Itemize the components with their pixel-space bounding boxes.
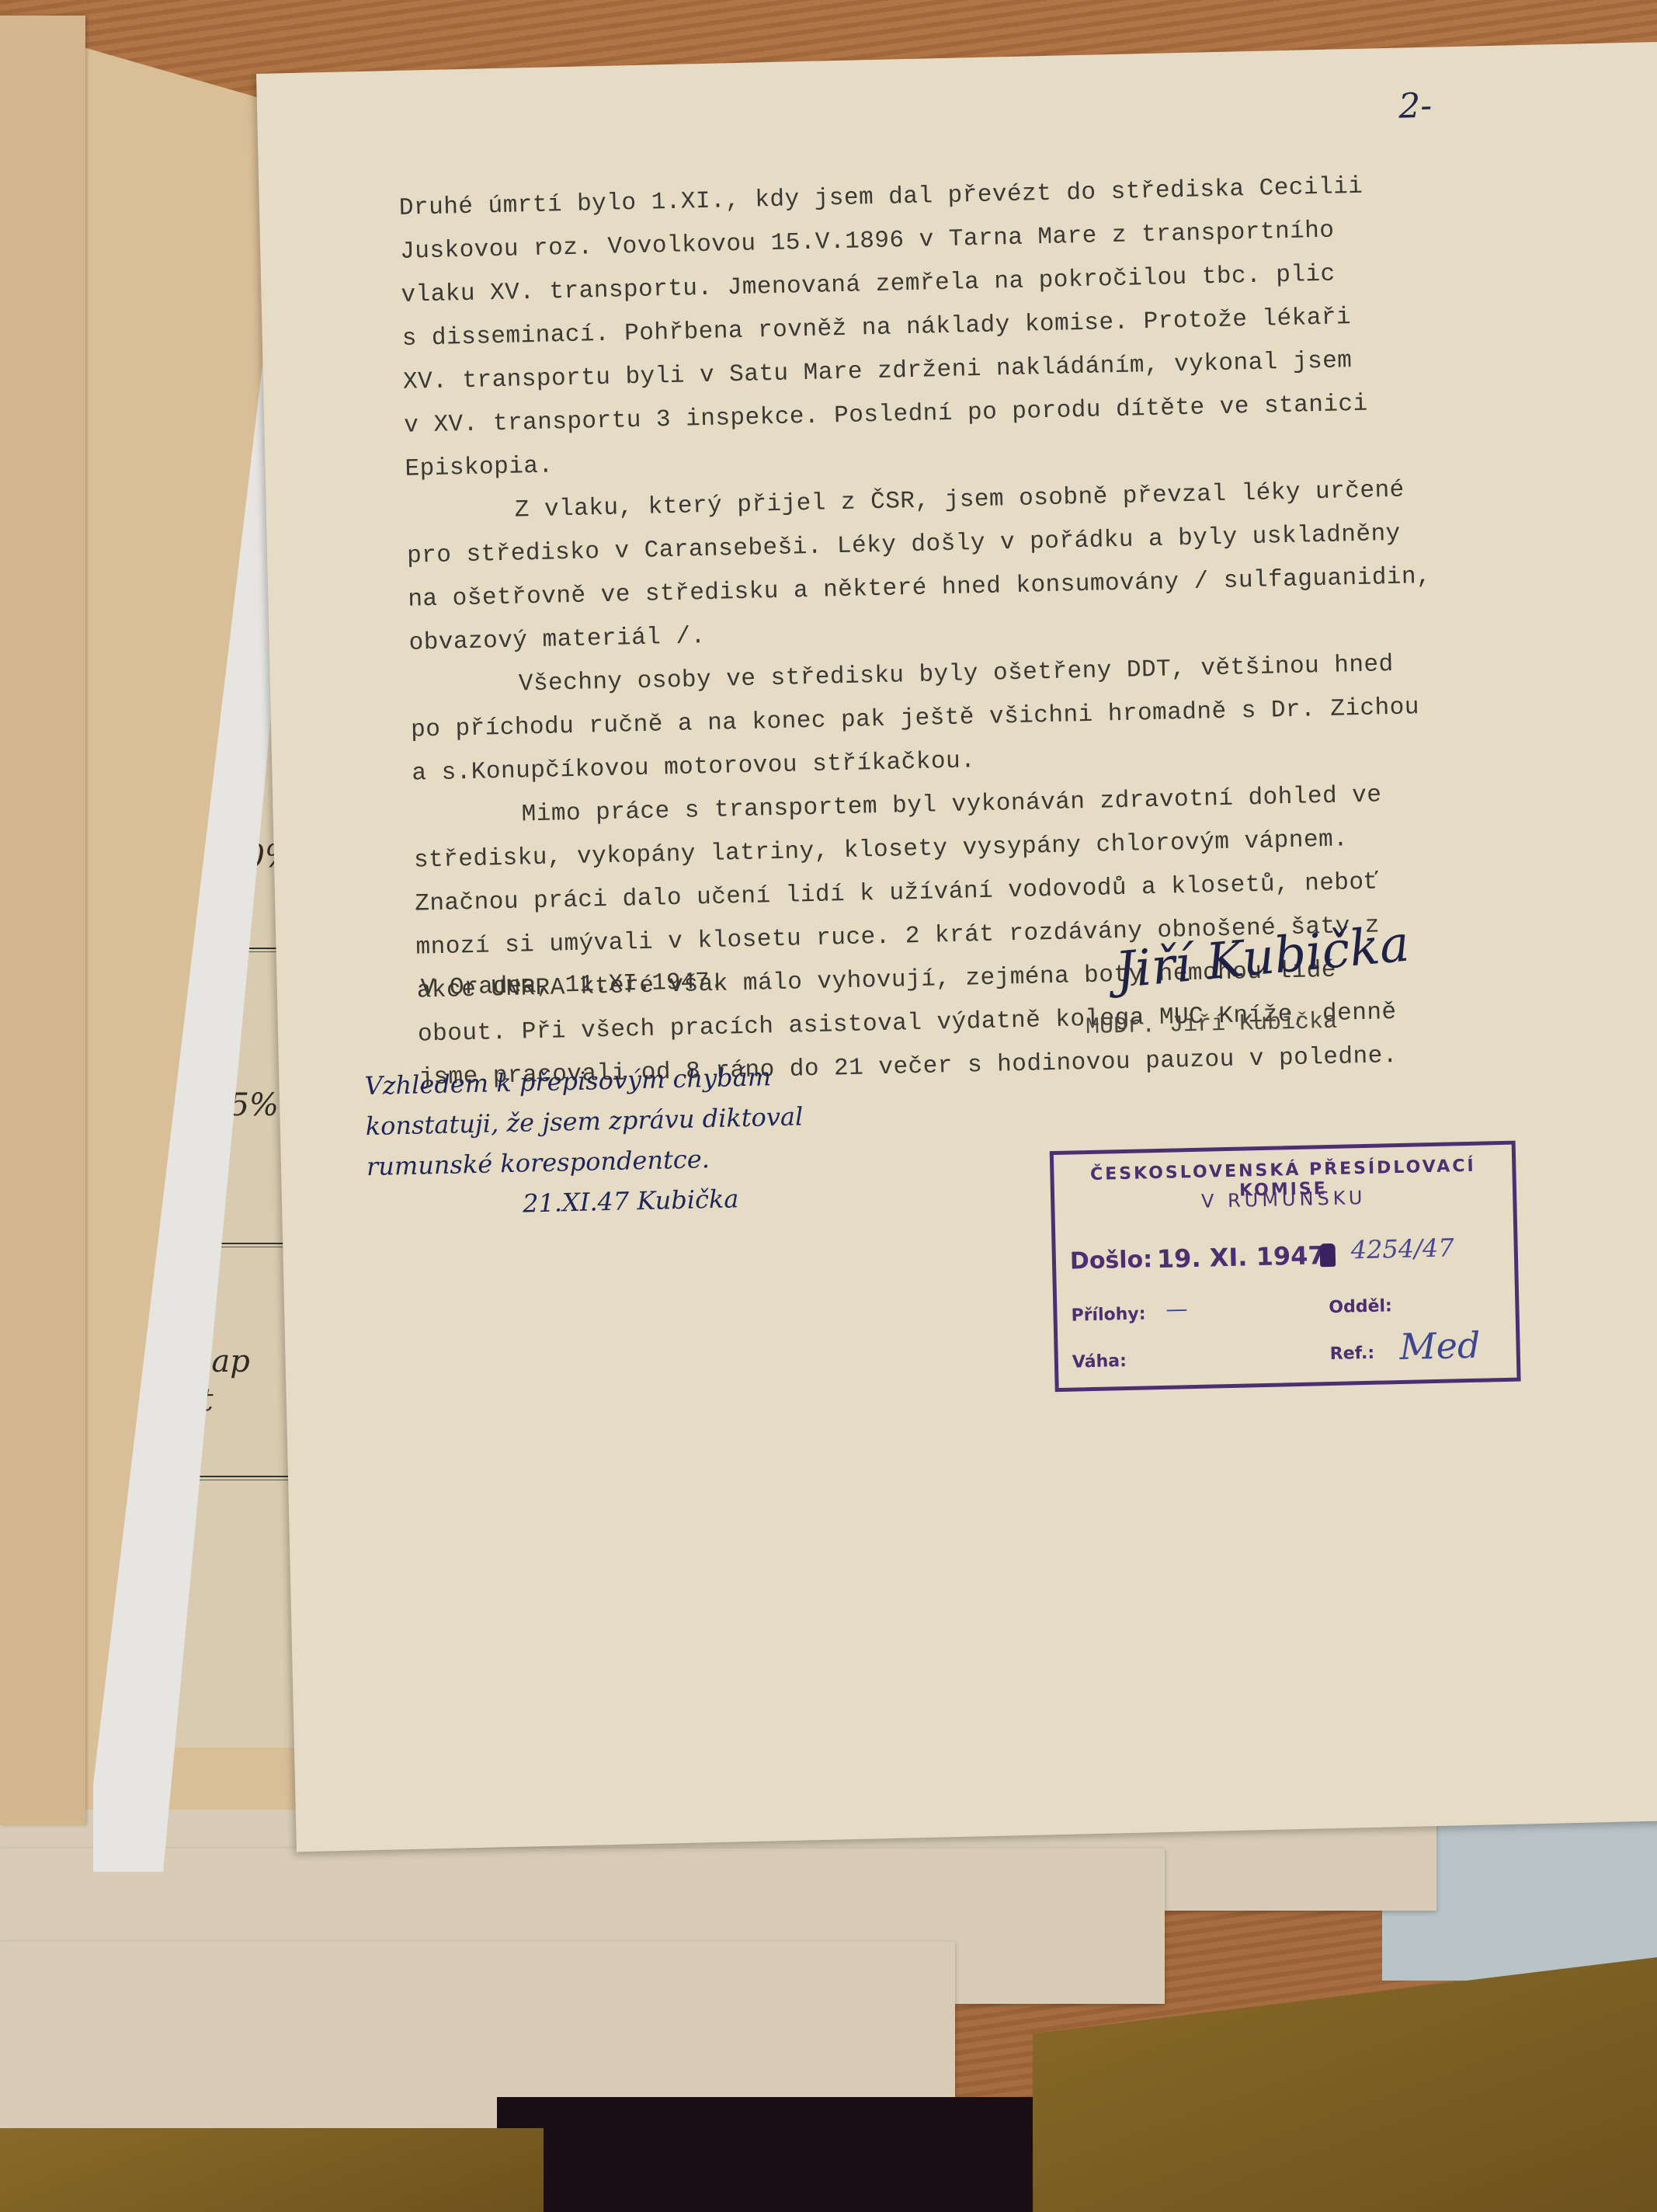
fabric-background: [0, 2128, 544, 2212]
stamp-ref-label: Ref.:: [1329, 1344, 1374, 1364]
stamp-attachments-value: —: [1165, 1296, 1188, 1322]
ink-blot-icon: [1320, 1243, 1336, 1267]
left-folder-cover: [0, 16, 85, 1825]
receipt-stamp: ČESKOSLOVENSKÁ PŘESÍDLOVACÍ KOMISE V RUM…: [1050, 1141, 1521, 1393]
stamp-attachments-label: Přílohy:: [1071, 1304, 1146, 1325]
stamp-ref-value: Med: [1399, 1324, 1481, 1368]
handwritten-annotation: Vzhledem k přepisovým chybám konstatuji,…: [364, 1052, 958, 1227]
stamp-reference-number: 4254/47: [1350, 1233, 1454, 1264]
stamp-received-label: Došlo:: [1070, 1246, 1153, 1275]
stamp-received-date: 19. XI. 1947: [1156, 1240, 1325, 1274]
typewritten-report-page: 2- Druhé úmrtí bylo 1.XI., kdy jsem dal …: [256, 42, 1657, 1852]
paragraph: Všechny osoby ve středisku byly ošetřeny…: [409, 641, 1491, 795]
paragraph: Druhé úmrtí bylo 1.XI., kdy jsem dal pře…: [398, 162, 1485, 491]
stamp-department-label: Odděl:: [1329, 1296, 1392, 1317]
dark-gap: [497, 2097, 1079, 2212]
stamp-weight-label: Váha:: [1072, 1351, 1127, 1372]
page-number: 2-: [1398, 86, 1433, 127]
paragraph: Z vlaku, který přijel z ČSR, jsem osobně…: [405, 467, 1489, 665]
